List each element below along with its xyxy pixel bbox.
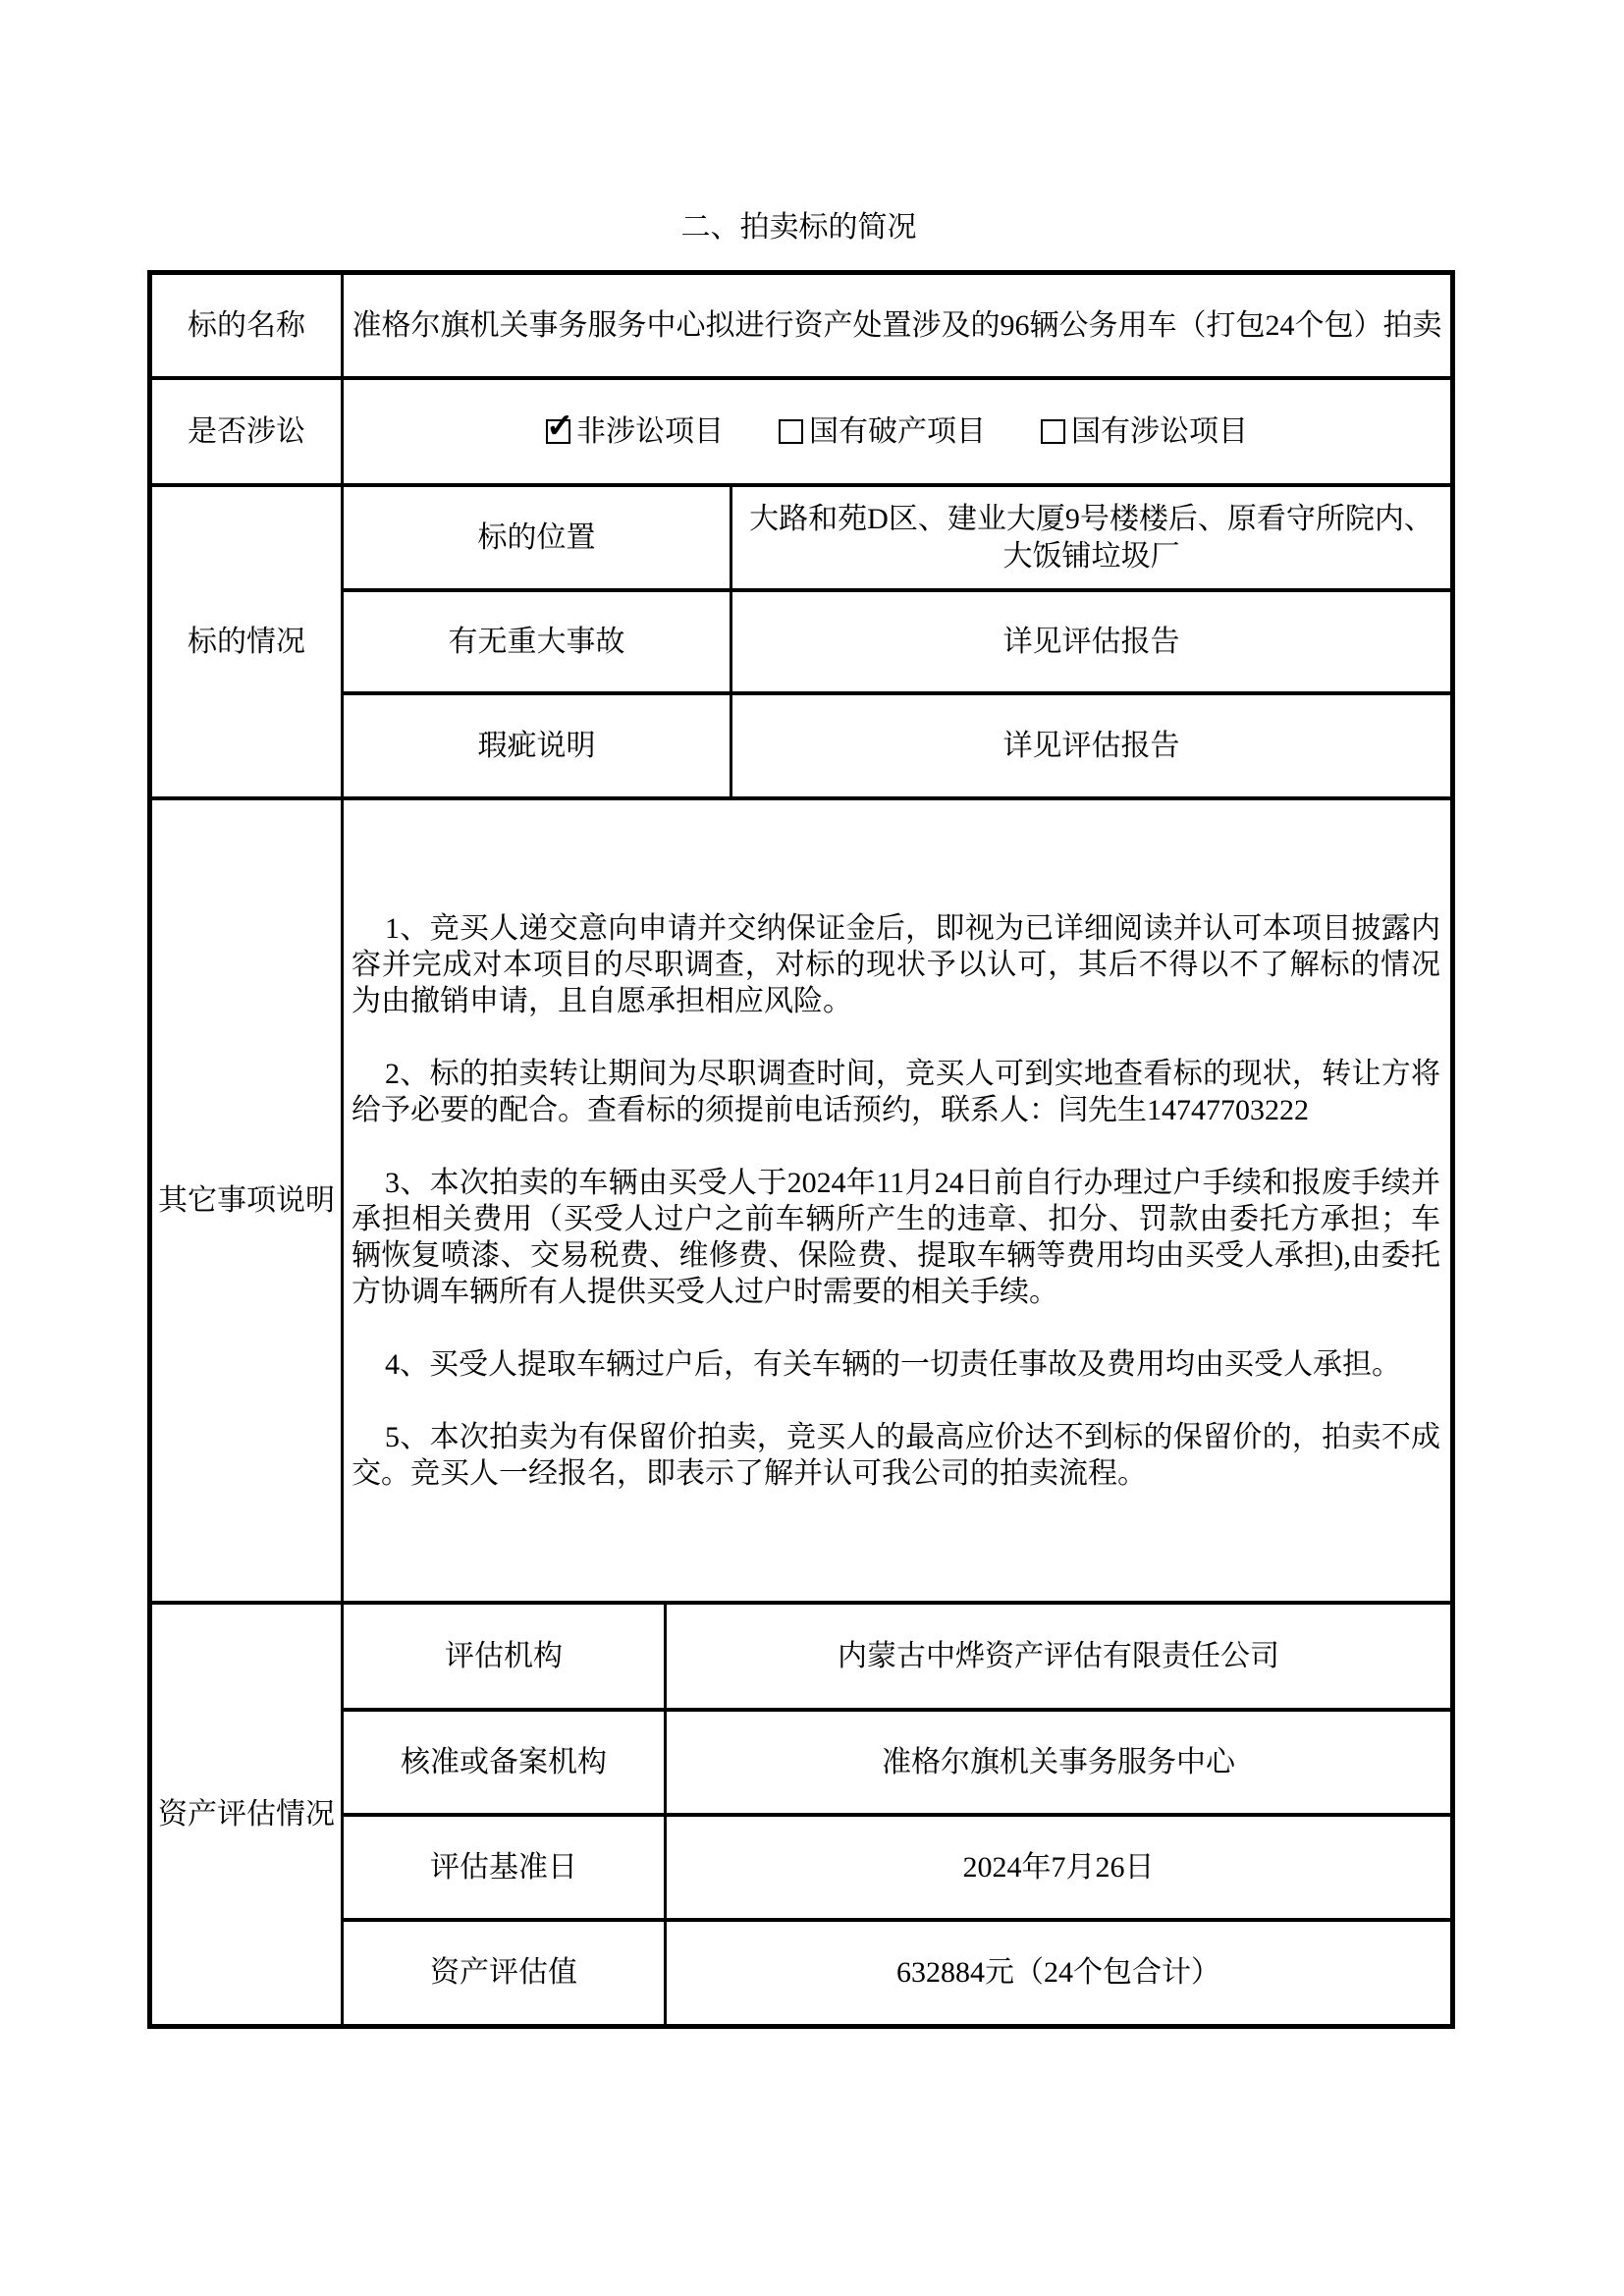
checkbox-unchecked-icon xyxy=(779,419,803,444)
valuation-base-date-label: 评估基准日 xyxy=(343,1815,666,1920)
table-row: 其它事项说明 1、竞买人递交意向申请并交纳保证金后，即视为已详细阅读并认可本项目… xyxy=(150,798,1453,1603)
table-row: 瑕疵说明 详见评估报告 xyxy=(150,693,1453,798)
table-row: 标的情况 标的位置 大路和苑D区、建业大厦9号楼楼后、原看守所院内、大饭铺垃圾厂 xyxy=(150,485,1453,590)
litigation-option-label: 国有破产项目 xyxy=(809,413,986,451)
major-accident-label: 有无重大事故 xyxy=(343,590,731,693)
table-row: 资产评估值 632884元（24个包合计） xyxy=(150,1920,1453,2027)
other-notes-paragraph: 1、竞买人递交意向申请并交纳保证金后，即视为已详细阅读并认可本项目披露内容并完成… xyxy=(352,910,1440,1019)
other-notes-cell: 1、竞买人递交意向申请并交纳保证金后，即视为已详细阅读并认可本项目披露内容并完成… xyxy=(343,798,1453,1603)
subject-location-value: 大路和苑D区、建业大厦9号楼楼后、原看守所院内、大饭铺垃圾厂 xyxy=(731,485,1453,590)
litigation-option-label: 国有涉讼项目 xyxy=(1071,413,1248,451)
litigation-options: 非涉讼项目 国有破产项目 国有涉讼项目 xyxy=(350,413,1444,451)
other-notes-label: 其它事项说明 xyxy=(150,798,343,1603)
subject-name-value: 准格尔旗机关事务服务中心拟进行资产处置涉及的96辆公务用车（打包24个包）拍卖 xyxy=(343,273,1453,379)
litigation-option-label: 非涉讼项目 xyxy=(576,413,724,451)
table-row: 标的名称 准格尔旗机关事务服务中心拟进行资产处置涉及的96辆公务用车（打包24个… xyxy=(150,273,1453,379)
subject-name-label: 标的名称 xyxy=(150,273,343,379)
table-row: 资产评估情况 评估机构 内蒙古中烨资产评估有限责任公司 xyxy=(150,1603,1453,1710)
defect-note-label: 瑕疵说明 xyxy=(343,693,731,798)
valuation-agency-label: 评估机构 xyxy=(343,1603,666,1710)
litigation-label: 是否涉讼 xyxy=(150,378,343,485)
litigation-option: 国有涉讼项目 xyxy=(1041,413,1248,451)
page-title: 二、拍卖标的简况 xyxy=(147,208,1450,247)
table-row: 是否涉讼 非涉讼项目 国有破产项目 国有涉讼项目 xyxy=(150,378,1453,485)
table-row: 核准或备案机构 准格尔旗机关事务服务中心 xyxy=(150,1710,1453,1815)
asset-value-value: 632884元（24个包合计） xyxy=(666,1920,1453,2027)
asset-value-label: 资产评估值 xyxy=(343,1920,666,2027)
other-notes-paragraph: 5、本次拍卖为有保留价拍卖，竞买人的最高应价达不到标的保留价的，拍卖不成交。竞买… xyxy=(352,1419,1440,1492)
litigation-option: 非涉讼项目 xyxy=(546,413,724,451)
defect-note-value: 详见评估报告 xyxy=(731,693,1453,798)
checkbox-unchecked-icon xyxy=(1041,419,1065,444)
litigation-option: 国有破产项目 xyxy=(779,413,986,451)
valuation-base-date-value: 2024年7月26日 xyxy=(666,1815,1453,1920)
asset-valuation-label: 资产评估情况 xyxy=(150,1603,343,2027)
litigation-options-cell: 非涉讼项目 国有破产项目 国有涉讼项目 xyxy=(343,378,1453,485)
other-notes-paragraph: 2、标的拍卖转让期间为尽职调查时间，竞买人可到实地查看标的现状，转让方将给予必要… xyxy=(352,1056,1440,1128)
approval-agency-value: 准格尔旗机关事务服务中心 xyxy=(666,1710,1453,1815)
table-row: 评估基准日 2024年7月26日 xyxy=(150,1815,1453,1920)
checkbox-checked-icon xyxy=(546,419,570,444)
approval-agency-label: 核准或备案机构 xyxy=(343,1710,666,1815)
subject-location-label: 标的位置 xyxy=(343,485,731,590)
other-notes-paragraph: 4、买受人提取车辆过户后，有关车辆的一切责任事故及费用均由买受人承担。 xyxy=(352,1346,1440,1383)
other-notes-paragraph: 3、本次拍卖的车辆由买受人于2024年11月24日前自行办理过户手续和报废手续并… xyxy=(352,1165,1440,1310)
table-row: 有无重大事故 详见评估报告 xyxy=(150,590,1453,693)
auction-summary-table: 标的名称 准格尔旗机关事务服务中心拟进行资产处置涉及的96辆公务用车（打包24个… xyxy=(147,270,1455,2029)
major-accident-value: 详见评估报告 xyxy=(731,590,1453,693)
subject-condition-label: 标的情况 xyxy=(150,485,343,798)
valuation-agency-value: 内蒙古中烨资产评估有限责任公司 xyxy=(666,1603,1453,1710)
